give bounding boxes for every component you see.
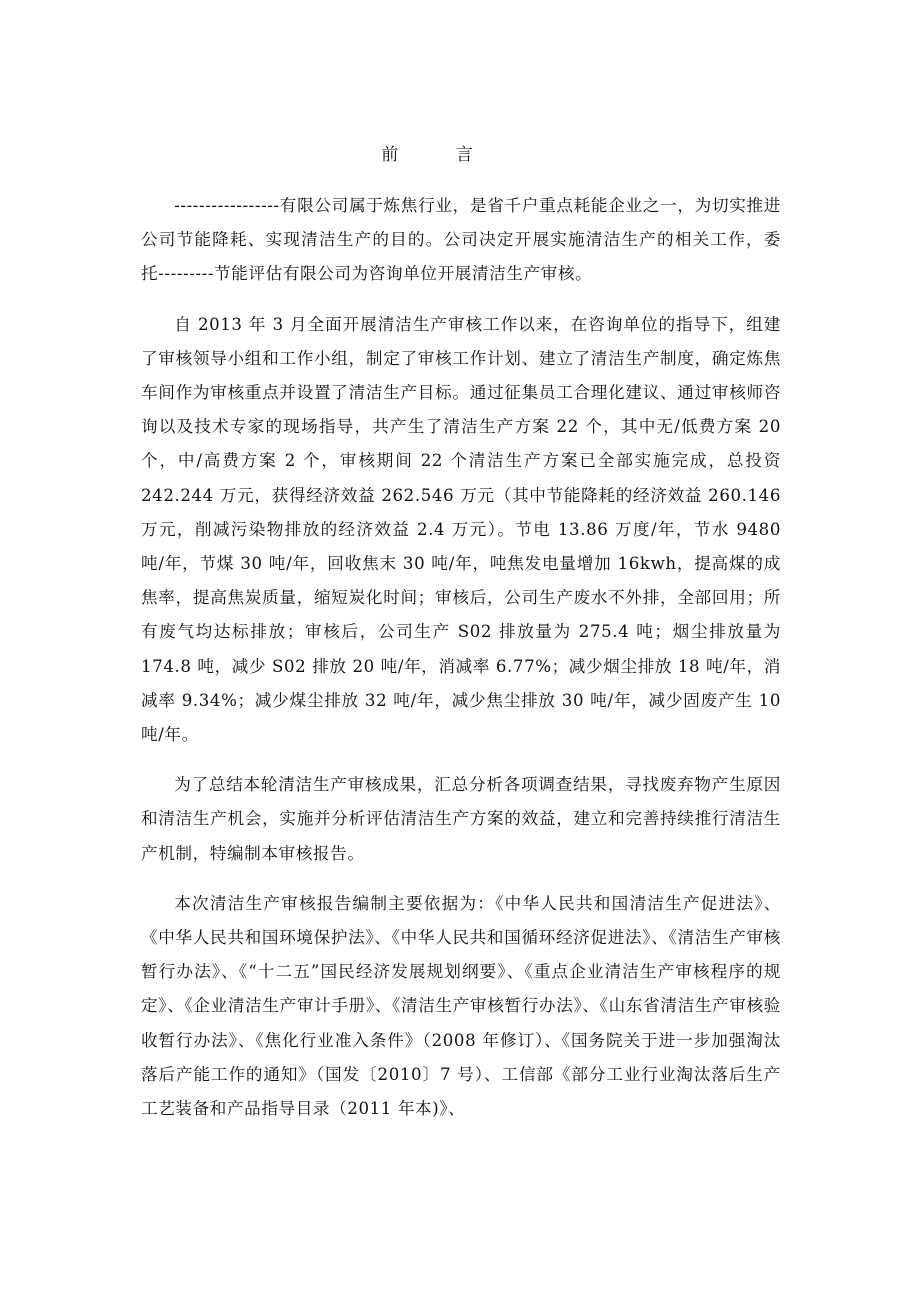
page-title: 前 言 [0, 143, 880, 167]
document-body: -----------------有限公司属于炼焦行业，是省千户重点耗能企业之一… [141, 189, 781, 1126]
paragraph-audit-results: 自 2013 年 3 月全面开展清洁生产审核工作以来，在咨询单位的指导下，组建了… [141, 308, 781, 753]
document-page: 前 言 -----------------有限公司属于炼焦行业，是省千户重点耗能… [0, 0, 920, 1302]
paragraph-intro: -----------------有限公司属于炼焦行业，是省千户重点耗能企业之一… [141, 189, 781, 292]
paragraph-report-purpose: 为了总结本轮清洁生产审核成果，汇总分析各项调查结果，寻找废弃物产生原因和清洁生产… [141, 768, 781, 871]
paragraph-basis: 本次清洁生产审核报告编制主要依据为：《中华人民共和国清洁生产促进法》、《中华人民… [141, 887, 781, 1126]
